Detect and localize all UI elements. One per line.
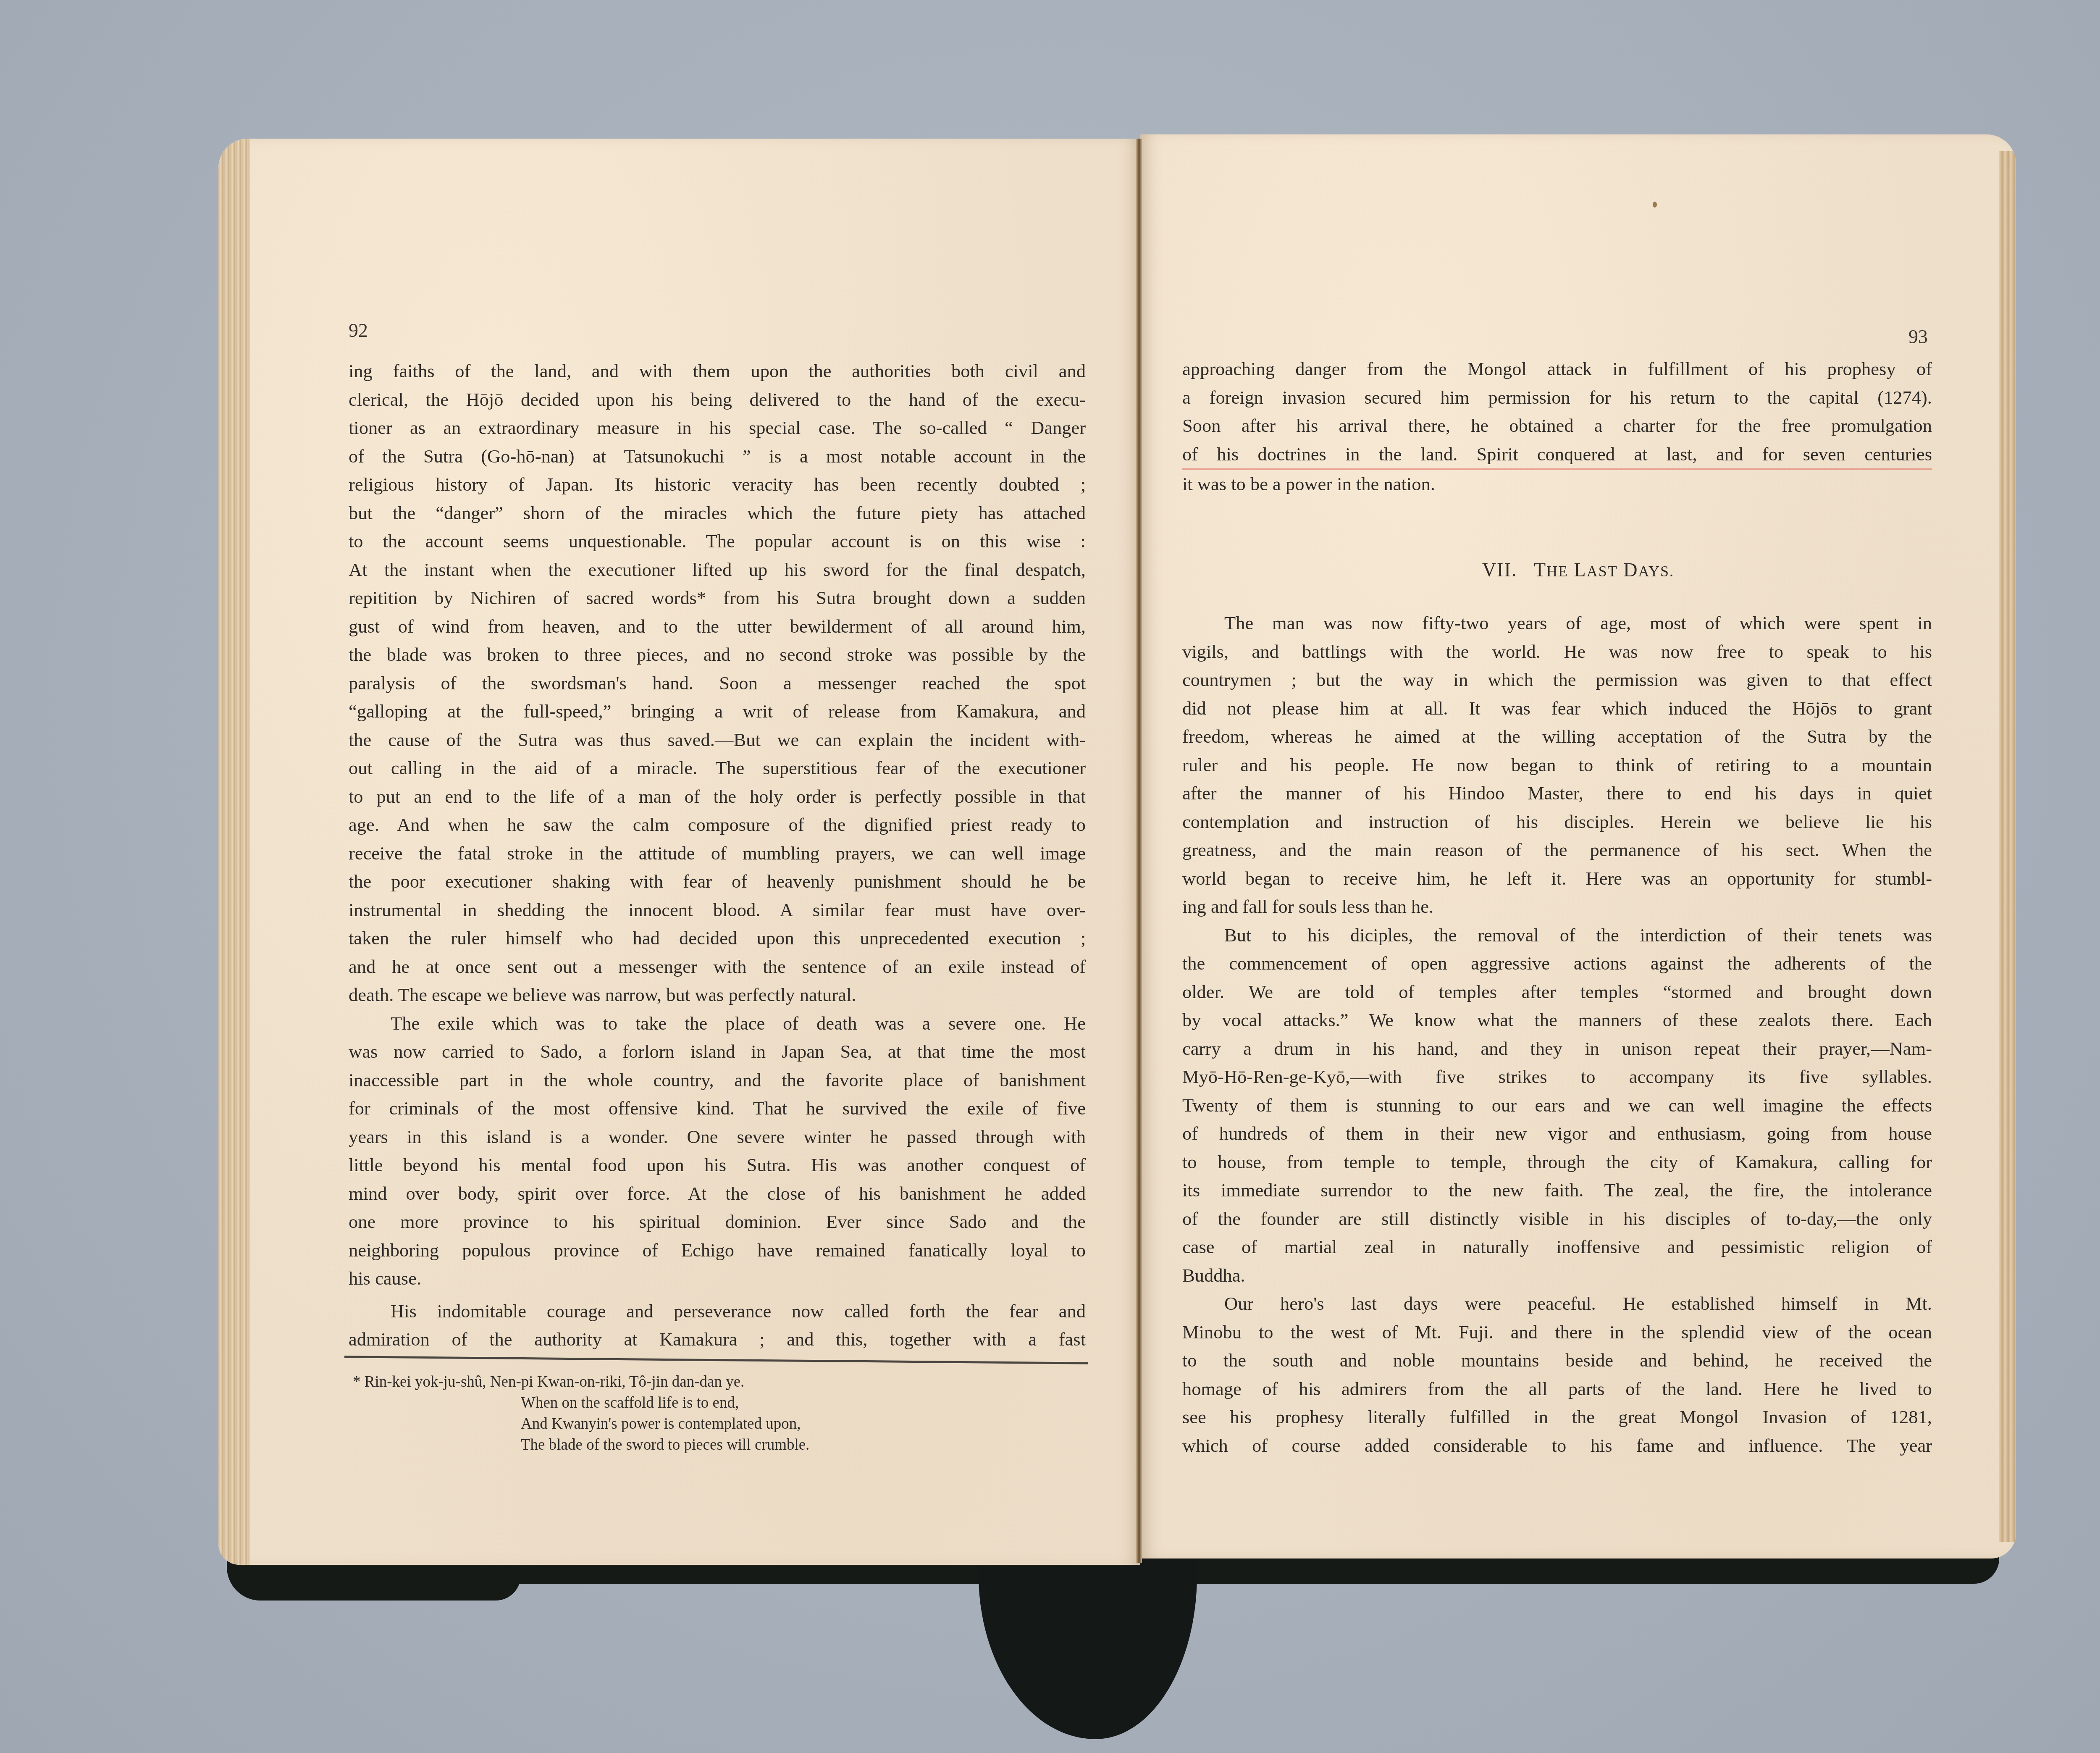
text-line: carry a drum in his hand, and they in un… (1182, 1035, 1932, 1063)
text-line: age. And when he saw the calm composure … (349, 811, 1086, 839)
left-page: 92 ing faiths of the land, and with them… (218, 139, 1140, 1565)
footnote-line: * Rin-kei yok-ju-shû, Nen-pi Kwan-on-rik… (353, 1372, 1067, 1393)
page-edges-left (218, 139, 250, 1565)
chapter-title-part: T (1534, 559, 1546, 581)
text-line: religious history of Japan. Its historic… (349, 470, 1086, 499)
chapter-title-part: D (1623, 559, 1638, 581)
text-line: after the manner of his Hindoo Master, t… (1182, 779, 1932, 808)
chapter-numeral: VII. (1482, 559, 1517, 581)
text-line: Our hero's last days were peaceful. He e… (1182, 1290, 1932, 1318)
text-line: a foreign invasion secured him permissio… (1182, 384, 1932, 412)
chapter-title-part: AST (1587, 563, 1618, 580)
text-line: ing and fall for souls less than he. (1182, 893, 1932, 921)
text-line: At the instant when the executioner lift… (349, 556, 1086, 584)
left-page-body: ing faiths of the land, and with them up… (349, 357, 1086, 1354)
footnote: * Rin-kei yok-ju-shû, Nen-pi Kwan-on-rik… (353, 1372, 1067, 1456)
text-line: of hundreds of them in their new vigor a… (1182, 1120, 1932, 1148)
text-line: his cause. (349, 1264, 1086, 1293)
page-number-left: 92 (349, 319, 368, 342)
text-line: paralysis of the swordsman's hand. Soon … (349, 669, 1086, 698)
text-line: clerical, the Hōjō decided upon his bein… (349, 386, 1086, 414)
text-line: Soon after his arrival there, he obtaine… (1182, 412, 1932, 440)
text-line: the blade was broken to three pieces, an… (349, 641, 1086, 669)
text-line: gust of wind from heaven, and to the utt… (349, 612, 1086, 641)
text-line: instrumental in shedding the innocent bl… (349, 896, 1086, 925)
text-line: homage of his admirers from the all part… (1182, 1375, 1932, 1403)
text-line: for criminals of the most offensive kind… (349, 1094, 1086, 1123)
text-line: vigils, and battlings with the world. He… (1182, 638, 1932, 666)
text-line: contemplation and instruction of his dis… (1182, 808, 1932, 836)
text-line: of the Sutra (Go-hō-nan) at Tatsunokuchi… (349, 442, 1086, 471)
text-line: of the founder are still distinctly visi… (1182, 1205, 1932, 1233)
chapter-title-part: AYS. (1638, 563, 1674, 580)
text-line: to put an end to the life of a man of th… (349, 783, 1086, 811)
text-line: by vocal attacks.” We know what the mann… (1182, 1006, 1932, 1035)
text-line: The exile which was to take the place of… (349, 1009, 1086, 1038)
text-line: ing faiths of the land, and with them up… (349, 357, 1086, 386)
text-line: repitition by Nichiren of sacred words* … (349, 584, 1086, 612)
text-line: taken the ruler himself who had decided … (349, 924, 1086, 953)
paper-speck (1653, 202, 1657, 208)
text-line: inaccessible part in the whole country, … (349, 1066, 1086, 1095)
text-line: But to his diciples, the removal of the … (1182, 921, 1932, 950)
footnote-verse: When on the scaffold life is to end, (353, 1393, 1067, 1414)
text-line: to the south and noble mountains beside … (1182, 1346, 1932, 1375)
text-line: its immediate surrendor to the new faith… (1182, 1176, 1932, 1205)
text-line: world began to receive him, he left it. … (1182, 865, 1932, 893)
text-line: approaching danger from the Mongol attac… (1182, 355, 1932, 384)
text-line-underlined: it was to be a power in the nation. (1182, 470, 1932, 499)
chapter-title-part: HE (1546, 563, 1568, 580)
text-line: The man was now fifty-two years of age, … (1182, 609, 1932, 638)
text-line: which of course added considerable to hi… (1182, 1432, 1932, 1460)
chapter-title-part: L (1574, 559, 1587, 581)
text-line: freedom, whereas he aimed at the willing… (1182, 723, 1932, 751)
text-line: the poor executioner shaking with fear o… (349, 867, 1086, 896)
footnote-verse: The blade of the sword to pieces will cr… (353, 1435, 1067, 1456)
text-line: ruler and his people. He now began to th… (1182, 751, 1932, 780)
page-edges-right (1999, 151, 2016, 1542)
text-line: case of martial zeal in naturally inoffe… (1182, 1233, 1932, 1262)
text-line: Twenty of them is stunning to our ears a… (1182, 1091, 1932, 1120)
text-line: one more province to his spiritual domin… (349, 1208, 1086, 1236)
text-line: “galloping at the full-speed,” bringing … (349, 697, 1086, 726)
text-line: His indomitable courage and perseverance… (349, 1297, 1086, 1326)
text-line: to house, from temple to temple, through… (1182, 1148, 1932, 1177)
text-line: and he at once sent out a messenger with… (349, 953, 1086, 981)
text-line: was now carried to Sado, a forlorn islan… (349, 1038, 1086, 1066)
right-page: 93 approaching danger from the Mongol at… (1140, 134, 2016, 1559)
text-line: Minobu to the west of Mt. Fuji. and ther… (1182, 1318, 1932, 1347)
right-page-opening: approaching danger from the Mongol attac… (1182, 355, 1932, 499)
text-line: tioner as an extraordinary measure in hi… (349, 414, 1086, 442)
text-line: little beyond his mental food upon his S… (349, 1151, 1086, 1180)
text-line: see his prophesy literally fulfilled in … (1182, 1403, 1932, 1432)
text-line: receive the fatal stroke in the attitude… (349, 839, 1086, 868)
text-line: Myō-Hō-Ren-ge-Kyō,—with five strikes to … (1182, 1063, 1932, 1091)
text-line: countrymen ; but the way in which the pe… (1182, 666, 1932, 694)
chapter-heading: VII. THE LAST DAYS. (1140, 559, 2016, 581)
page-number-right: 93 (1908, 326, 1928, 348)
text-line-underlined: of his doctrines in the land. Spirit con… (1182, 440, 1932, 470)
text-line: to the account seems unquestionable. The… (349, 527, 1086, 556)
text-line: years in this island is a wonder. One se… (349, 1123, 1086, 1151)
footnote-verse: And Kwanyin's power is contemplated upon… (353, 1414, 1067, 1435)
footnote-rule (344, 1356, 1088, 1364)
text-line: but the “danger” shorn of the miracles w… (349, 499, 1086, 528)
text-line: older. We are told of temples after temp… (1182, 978, 1932, 1007)
text-line: Buddha. (1182, 1262, 1932, 1290)
text-line: the cause of the Sutra was thus saved.—B… (349, 726, 1086, 754)
spine-shadow (979, 1554, 1197, 1739)
text-line: admiration of the authority at Kamakura … (349, 1325, 1086, 1354)
text-line: neighboring populous province of Echigo … (349, 1236, 1086, 1265)
right-page-body: The man was now fifty-two years of age, … (1182, 609, 1932, 1460)
text-line: did not please him at all. It was fear w… (1182, 694, 1932, 723)
text-line: greatness, and the main reason of the pe… (1182, 836, 1932, 865)
text-line: death. The escape we believe was narrow,… (349, 981, 1086, 1009)
text-line: the commencement of open aggressive acti… (1182, 949, 1932, 978)
book-gutter (1136, 139, 1142, 1563)
text-line: mind over body, spirit over force. At th… (349, 1180, 1086, 1208)
text-line: out calling in the aid of a miracle. The… (349, 754, 1086, 783)
